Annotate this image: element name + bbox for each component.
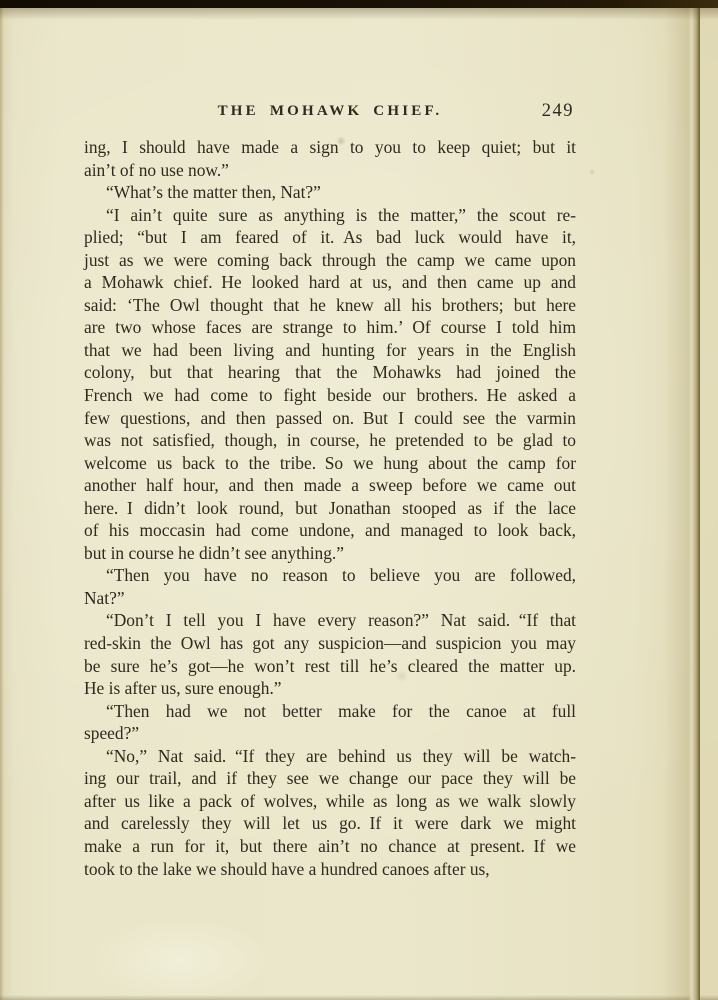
- chapter-title: THE MOHAWK CHIEF.: [84, 103, 576, 120]
- scan-bottom-edge: [0, 995, 718, 1000]
- text-line: ing, I should have made a sign to you to…: [84, 136, 576, 159]
- text-line: few questions, and then passed on. But I…: [84, 407, 576, 430]
- text-line: after us like a pack of wolves, while as…: [84, 790, 576, 813]
- text-line: that we had been living and hunting for …: [84, 339, 576, 362]
- text-line: make a run for it, but there ain’t no ch…: [84, 835, 576, 858]
- text-line: a Mohawk chief. He looked hard at us, an…: [84, 271, 576, 294]
- text-line: red-skin the Owl has got any suspicion—a…: [84, 632, 576, 655]
- text-line: another half hour, and then made a sweep…: [84, 474, 576, 497]
- text-line: here. I didn’t look round, but Jonathan …: [84, 497, 576, 520]
- running-header: THE MOHAWK CHIEF. 249: [84, 101, 576, 125]
- text-line: “Then had we not better make for the can…: [84, 700, 576, 723]
- scan-top-edge-shadow: [0, 8, 718, 20]
- text-line: “What’s the matter then, Nat?”: [84, 181, 576, 204]
- text-line: ain’t of no use now.”: [84, 159, 576, 182]
- scan-left-edge: [0, 0, 4, 1000]
- text-line: just as we were coming back through the …: [84, 249, 576, 272]
- text-line: He is after us, sure enough.”: [84, 677, 576, 700]
- text-line: “I ain’t quite sure as anything is the m…: [84, 204, 576, 227]
- scan-top-edge: [0, 0, 718, 8]
- text-line: “Don’t I tell you I have every reason?” …: [84, 609, 576, 632]
- text-line: took to the lake we should have a hundre…: [84, 858, 576, 881]
- text-line: “No,” Nat said. “If they are behind us t…: [84, 745, 576, 768]
- text-line: colony, but that hearing that the Mohawk…: [84, 361, 576, 384]
- text-line: said: ‘The Owl thought that he knew all …: [84, 294, 576, 317]
- text-line: of his moccasin had come undone, and man…: [84, 519, 576, 542]
- page-curl-shadow: [664, 0, 690, 1000]
- text-line: was not satisfied, though, in course, he…: [84, 429, 576, 452]
- text-line: and carelessly they will let us go. If i…: [84, 812, 576, 835]
- page-text: ing, I should have made a sign to you to…: [84, 136, 576, 880]
- text-line: “Then you have no reason to believe you …: [84, 564, 576, 587]
- text-line: plied; “but I am feared of it. As bad lu…: [84, 226, 576, 249]
- text-line: French we had come to fight beside our b…: [84, 384, 576, 407]
- text-line: are two whose faces are strange to him.’…: [84, 316, 576, 339]
- text-line: be sure he’s got—he won’t rest till he’s…: [84, 655, 576, 678]
- text-line: ing our trail, and if they see we change…: [84, 767, 576, 790]
- book-fore-edge: [694, 0, 718, 1000]
- text-line: but in course he didn’t see anything.”: [84, 542, 576, 565]
- book-page-scan: THE MOHAWK CHIEF. 249 ing, I should have…: [0, 0, 718, 1000]
- text-line: Nat?”: [84, 587, 576, 610]
- page-number: 249: [542, 101, 574, 122]
- text-line: welcome us back to the tribe. So we hung…: [84, 452, 576, 475]
- text-line: speed?”: [84, 722, 576, 745]
